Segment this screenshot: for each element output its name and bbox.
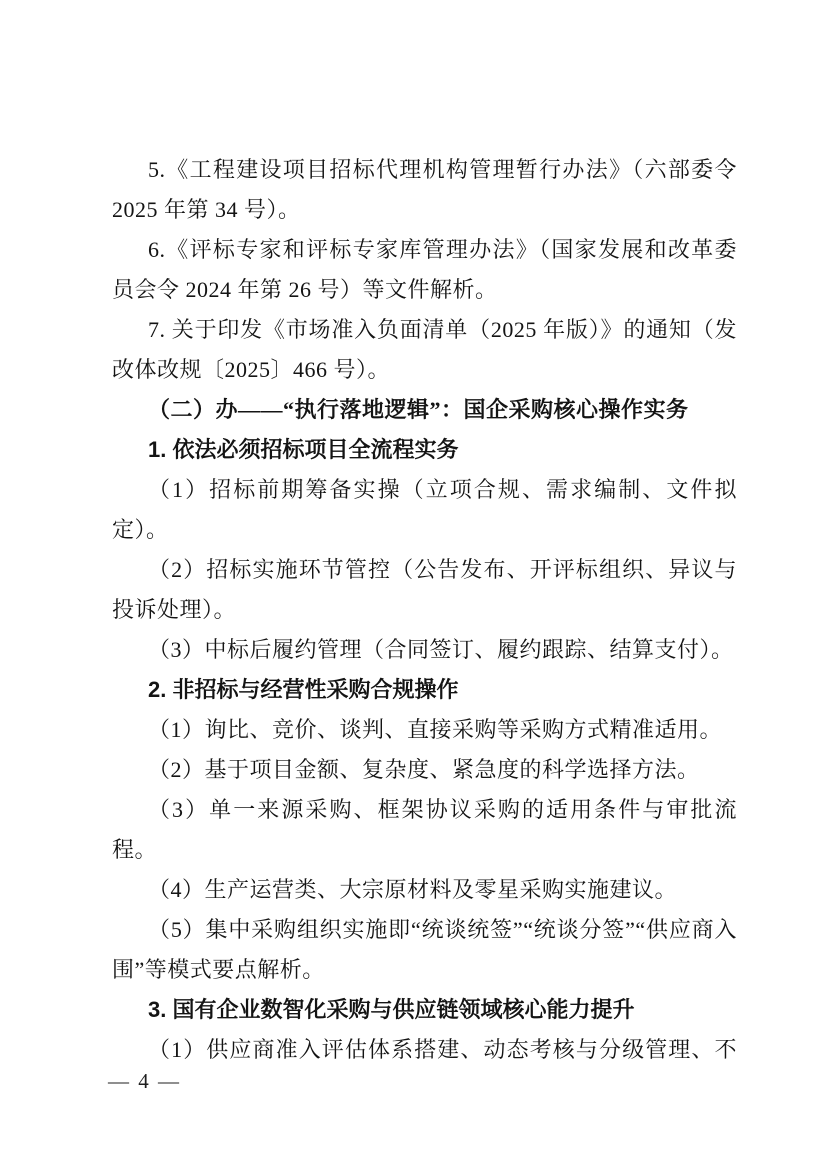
item-2-4-operations-procurement: （4）生产运营类、大宗原材料及零星采购实施建议。 (112, 870, 737, 910)
item-1-2-tender-implementation: （2）招标实施环节管控（公告发布、开评标组织、异议与投诉处理）。 (112, 550, 737, 630)
item-2-3-single-source: （3）单一来源采购、框架协议采购的适用条件与审批流程。 (112, 790, 737, 870)
document-body: 5.《工程建设项目招标代理机构管理暂行办法》（六部委令 2025 年第 34 号… (112, 150, 737, 1070)
list-item-7-regulation: 7. 关于印发《市场准入负面清单（2025 年版）》的通知（发改体改规〔2025… (112, 310, 737, 390)
document-page: 5.《工程建设项目招标代理机构管理暂行办法》（六部委令 2025 年第 34 号… (0, 0, 815, 1153)
item-2-1-procurement-methods: （1）询比、竞价、谈判、直接采购等采购方式精准适用。 (112, 710, 737, 750)
item-3-1-supplier-evaluation-truncated: （1）供应商准入评估体系搭建、动态考核与分级管理、不 (112, 1030, 737, 1070)
list-item-6-regulation: 6.《评标专家和评标专家库管理办法》（国家发展和改革委员会令 2024 年第 2… (112, 230, 737, 310)
item-2-2-selection-method: （2）基于项目金额、复杂度、紧急度的科学选择方法。 (112, 750, 737, 790)
list-item-5-regulation: 5.《工程建设项目招标代理机构管理暂行办法》（六部委令 2025 年第 34 号… (112, 150, 737, 230)
item-1-1-pre-tender-preparation: （1）招标前期筹备实操（立项合规、需求编制、文件拟定）。 (112, 470, 737, 550)
section-heading-2-execution-logic: （二）办——“执行落地逻辑”：国企采购核心操作实务 (112, 390, 737, 430)
page-number: — 4 — (108, 1068, 181, 1094)
heading-1-tender-full-process: 1. 依法必须招标项目全流程实务 (112, 430, 737, 470)
item-2-5-centralized-procurement: （5）集中采购组织实施即“统谈统签”“统谈分签”“供应商入围”等模式要点解析。 (112, 910, 737, 990)
heading-2-non-tender-compliance: 2. 非招标与经营性采购合规操作 (112, 670, 737, 710)
heading-3-digital-procurement: 3. 国有企业数智化采购与供应链领域核心能力提升 (112, 990, 737, 1030)
item-1-3-post-award-management: （3）中标后履约管理（合同签订、履约跟踪、结算支付）。 (112, 630, 737, 670)
